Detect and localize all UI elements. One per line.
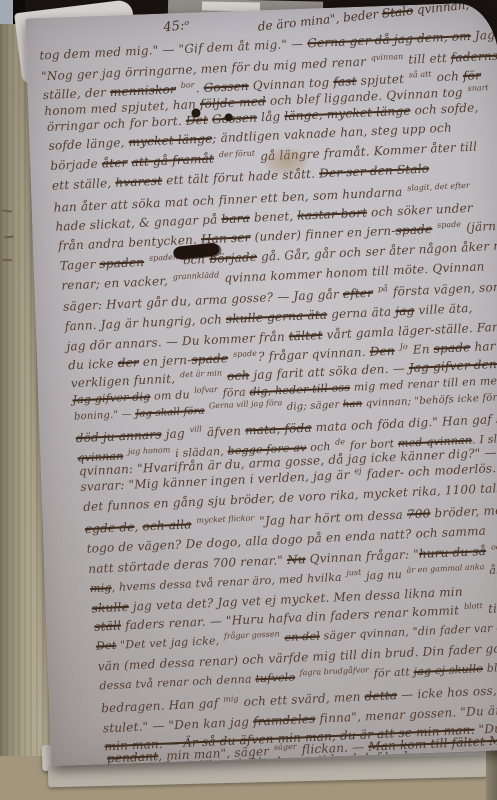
- interlinear-insertion: fagra brudgåfvor: [299, 665, 369, 677]
- struck-text: död ju annars: [75, 427, 161, 445]
- struck-text: 700: [407, 506, 431, 521]
- struck-text: Jag skall föra: [135, 406, 205, 420]
- interlinear-insertion: jag honom: [128, 445, 171, 456]
- interlinear-insertion: så att: [409, 70, 432, 80]
- interlinear-insertion: det är min: [180, 368, 222, 379]
- struck-text: faderns: [451, 49, 497, 65]
- interlinear-insertion: ej: [354, 466, 362, 475]
- struck-text: skulle: [91, 600, 129, 616]
- struck-text: mata, föda: [245, 421, 312, 438]
- interlinear-insertion: är en gammal anka: [406, 562, 484, 575]
- interlinear-insertion: snart: [467, 83, 488, 93]
- interlinear-insertion: lofvar: [194, 385, 218, 395]
- struck-text: menniskor: [110, 82, 177, 99]
- struck-text: jag: [395, 304, 415, 319]
- interlinear-insertion: mycket flickor: [196, 513, 254, 525]
- manuscript-photo: 45:ᵒ de äro mina", beder Stalo qvinnan, …: [0, 0, 497, 800]
- interlinear-insertion: qvinnan: [371, 52, 404, 62]
- page-number: 45:ᵒ: [163, 18, 190, 36]
- struck-text: Gossen: [203, 79, 249, 95]
- interlinear-insertion: grannklädd: [173, 270, 220, 281]
- interlinear-insertion: Gerna vill jag föra: [209, 398, 283, 410]
- struck-text: att gå framåt: [131, 151, 214, 169]
- struck-text: Den: [369, 344, 395, 359]
- struck-text: Gossen: [212, 110, 258, 126]
- struck-text: han: [343, 398, 363, 410]
- struck-text: följde med: [200, 94, 267, 111]
- struck-text: detta: [364, 688, 397, 703]
- struck-text: spaden: [99, 255, 144, 271]
- interlinear-insertion: just: [346, 568, 361, 578]
- struck-text: dig, heder till oss: [249, 381, 350, 399]
- struck-text: hvarest: [115, 174, 162, 190]
- struck-text: der: [117, 355, 139, 370]
- struck-text: Nu: [287, 552, 306, 567]
- interlinear-insertion: de: [335, 437, 345, 446]
- struck-text: egde de: [85, 520, 135, 536]
- struck-text: spade: [191, 351, 228, 367]
- struck-text: spade: [433, 340, 470, 356]
- manuscript-page: 45:ᵒ de äro mina", beder Stalo qvinnan, …: [25, 2, 497, 766]
- interlinear-insertion: spade: [233, 349, 257, 359]
- struck-text: jag ej skulle: [413, 662, 483, 678]
- interlinear-insertion: der förut: [219, 149, 256, 160]
- interlinear-insertion: blott: [464, 601, 483, 611]
- struck-text: skulle gerna äta: [226, 307, 328, 326]
- struck-text: fast: [333, 74, 357, 89]
- struck-text: mig: [90, 581, 112, 595]
- interlinear-insertion: vill: [189, 425, 202, 435]
- interlinear-insertion: på: [378, 284, 388, 293]
- interlinear-insertion: mig: [223, 694, 239, 704]
- interlinear-insertion: och: [491, 542, 497, 552]
- struck-text: tältet: [289, 328, 323, 344]
- struck-text: Gerna ger då jag dem, om: [307, 29, 471, 50]
- interlinear-insertion: frågar gossen: [224, 629, 280, 641]
- interlinear-insertion: Jo: [399, 342, 407, 351]
- struck-text: en del: [284, 630, 320, 645]
- struck-text: och alla: [142, 517, 192, 533]
- struck-text: för: [463, 68, 482, 83]
- interlinear-insertion: bor: [181, 80, 195, 90]
- struck-text: länge, mycket länge: [284, 104, 411, 124]
- struck-text: ställ: [94, 619, 121, 634]
- interlinear-insertion: spade: [437, 220, 461, 230]
- struck-text: tufvelo: [255, 671, 295, 686]
- struck-text: framdeles: [253, 712, 316, 729]
- struck-text: åter: [102, 155, 128, 170]
- struck-text: kastar bort: [297, 206, 367, 223]
- interlinear-insertion: slagit, det efter: [407, 181, 470, 193]
- struck-text: och: [227, 368, 250, 383]
- struck-text: mycket länge: [128, 131, 212, 149]
- struck-text: spade: [395, 222, 432, 238]
- struck-text: huru du så: [419, 544, 487, 561]
- interlinear-insertion: säger: [274, 742, 297, 752]
- struck-text: efter: [343, 286, 374, 301]
- struck-text: Det: [96, 639, 117, 653]
- struck-text: Stalo: [381, 3, 414, 20]
- struck-text: bara: [221, 211, 250, 226]
- struck-text: Jag gifver dig: [72, 390, 151, 407]
- struck-text: Jag gifver den: [409, 357, 497, 375]
- struck-text: Der ser den Stalo: [319, 161, 430, 180]
